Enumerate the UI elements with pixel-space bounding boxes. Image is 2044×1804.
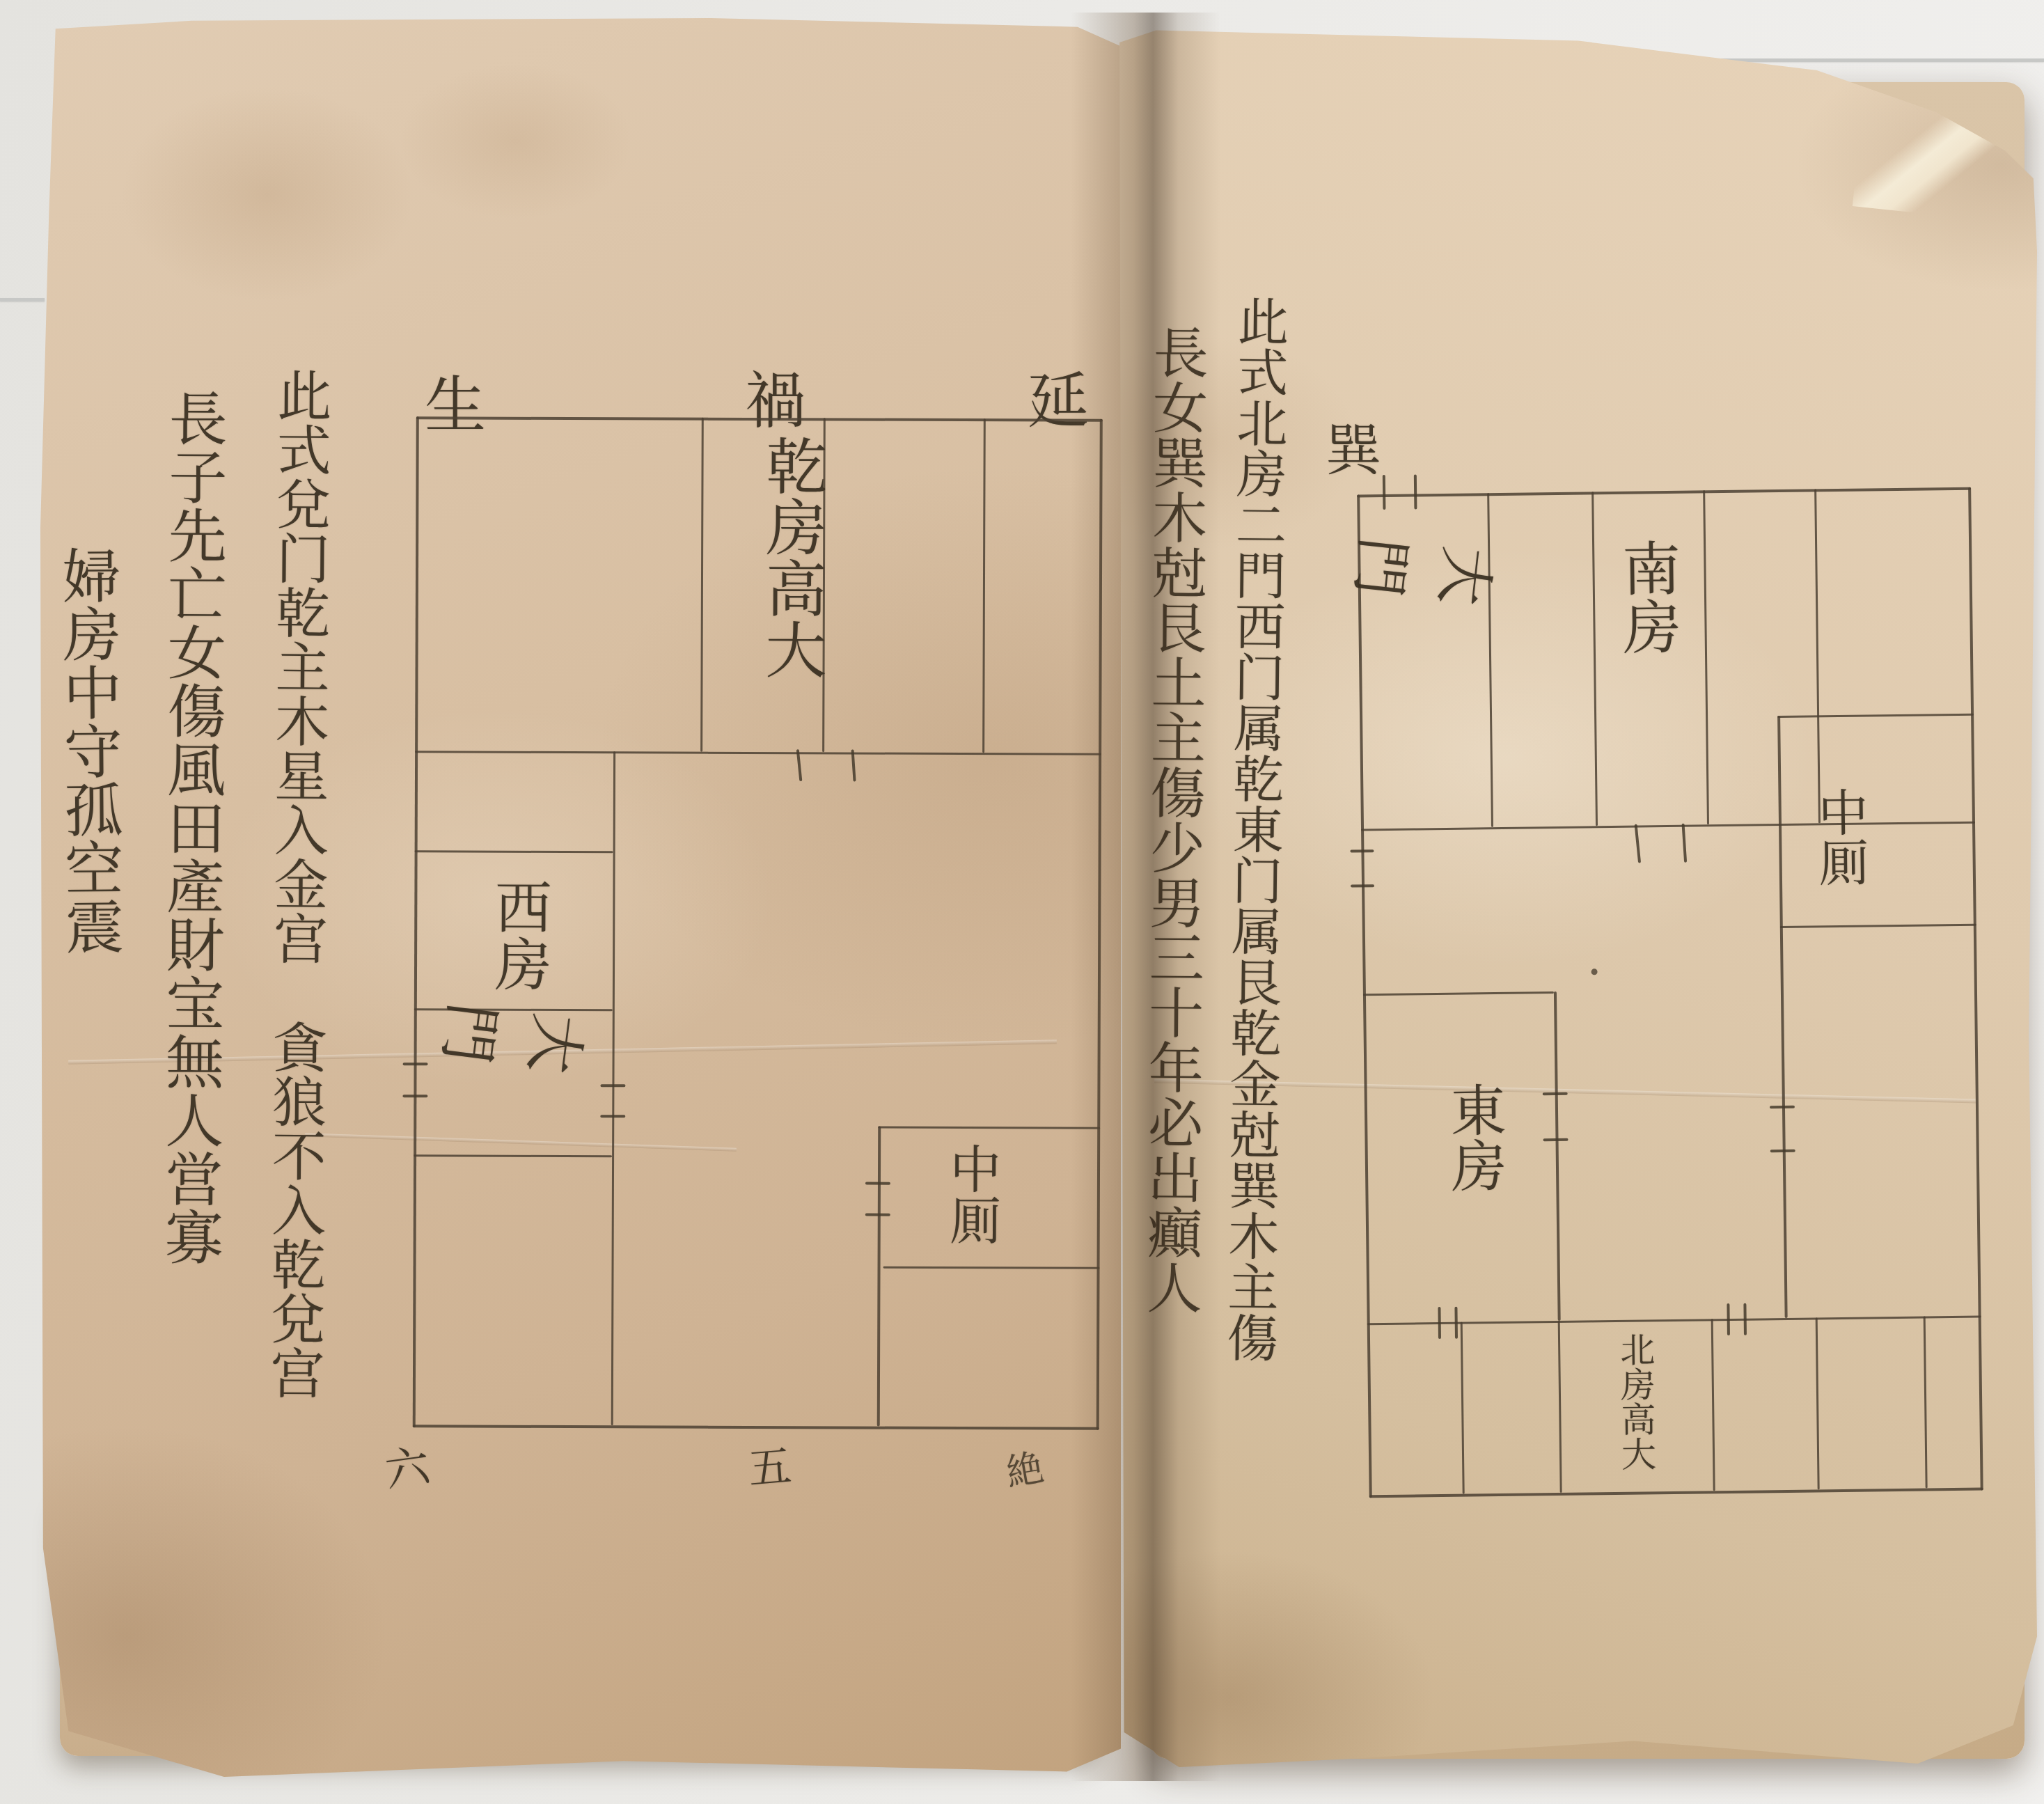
door-tick [865, 1182, 890, 1185]
door-tick [403, 1062, 428, 1065]
room-label-north-room: 北房高大 [1615, 1331, 1656, 1471]
left-page: 此式兌门乾主木星入金宫 貪狼不入乾兌宫 長子先亡女傷風田產財宝無人営寡 婦房中守… [40, 18, 1121, 1777]
wall-line [1554, 991, 1561, 1321]
floor-grout-line [0, 298, 45, 301]
room-label-middle-toilet: 中厠 [940, 1143, 1003, 1246]
left-floorplan-diagram: 乾房高大 西房 大門 中厠 六 五 絶 [412, 416, 1103, 1532]
right-floorplan-diagram: 大門 南房 中厠 東房 [1357, 487, 1983, 1505]
wall-line [700, 418, 704, 752]
right-page: 此式北房二門西门属乾東门属艮乾金尅巽木主傷 長女巽木尅艮土主傷少男三十年必出癲人… [1119, 25, 2037, 1767]
right-text-column-1: 此式北房二門西门属乾東门属艮乾金尅巽木主傷 [1218, 295, 1287, 1363]
ink-dot [1591, 968, 1598, 975]
diagram-label-xun: 巽 [1326, 405, 1381, 485]
wall-line [1780, 924, 1976, 928]
wall-line [1361, 822, 1975, 831]
door-tick [1682, 824, 1688, 863]
wall-line [1591, 492, 1598, 826]
door-tick [1727, 1303, 1730, 1335]
door-tick [600, 1084, 625, 1087]
right-text-column-2: 長女巽木尅艮土主傷少男三十年必出癲人 [1137, 324, 1208, 1315]
left-text-column-1: 此式兌门乾主木星入金宫 貪狼不入乾兌宫 [261, 368, 331, 1400]
room-label-middle-toilet: 中厠 [1807, 786, 1870, 887]
wall-line [1363, 991, 1554, 996]
wall-line [1703, 490, 1709, 824]
wall-line [883, 1266, 1100, 1269]
room-label-west-room: 西房 [481, 878, 555, 992]
door-tick [1743, 1303, 1747, 1335]
room-label-main-gate: 大門 [1375, 539, 1470, 689]
door-tick [1414, 474, 1417, 509]
mark-wu-gui: 五 [746, 1432, 794, 1497]
door-tick [1350, 849, 1374, 852]
wall-line [1357, 487, 1971, 498]
wall-line [413, 1425, 1099, 1429]
wall-line [416, 416, 1103, 421]
door-tick [1351, 884, 1374, 887]
wall-line [1369, 1488, 1983, 1498]
door-tick [1770, 1106, 1795, 1108]
wall-line [1816, 1317, 1820, 1489]
left-text-column-2: 長子先亡女傷風田產財宝無人営寡 [151, 389, 232, 1266]
door-tick [1454, 1307, 1458, 1339]
door-tick [1635, 824, 1642, 863]
room-label-main-gate: 大門 [460, 1004, 563, 1166]
door-tick [402, 1095, 427, 1097]
room-label-south-room: 南房 [1601, 538, 1693, 657]
left-text-column-3: 婦房中守孤空震 [48, 546, 127, 956]
door-tick [1438, 1307, 1441, 1339]
wall-line [1777, 714, 1974, 718]
mark-liu-sha: 六 [381, 1430, 434, 1500]
wall-line [1777, 716, 1788, 1318]
door-tick [1543, 1092, 1568, 1095]
wall-line [1814, 489, 1821, 823]
photo-of-open-manuscript-book: 此式兌门乾主木星入金宫 貪狼不入乾兌宫 長子先亡女傷風田產財宝無人営寡 婦房中守… [0, 0, 2044, 1804]
wall-line [415, 850, 613, 853]
door-tick [600, 1115, 625, 1117]
mark-jue-ming: 絶 [1001, 1438, 1047, 1497]
room-label-qian-room: 乾房高大 [755, 434, 828, 680]
door-tick [1770, 1150, 1795, 1152]
room-label-east-room: 東房 [1433, 1081, 1513, 1193]
door-tick [1543, 1138, 1568, 1141]
wall-line [1461, 1322, 1465, 1494]
wall-line [1968, 487, 1983, 1491]
door-tick [1383, 475, 1386, 510]
wall-line [1924, 1317, 1928, 1489]
wall-line [415, 751, 1101, 755]
wall-line [413, 416, 419, 1427]
wall-line [1558, 1321, 1562, 1493]
door-tick [865, 1214, 890, 1216]
wall-line [1711, 1319, 1715, 1491]
wall-line [982, 418, 986, 753]
wall-line [877, 1127, 881, 1427]
wall-line [1096, 419, 1103, 1430]
wall-line [1367, 1316, 1981, 1326]
wall-line [878, 1127, 1100, 1129]
